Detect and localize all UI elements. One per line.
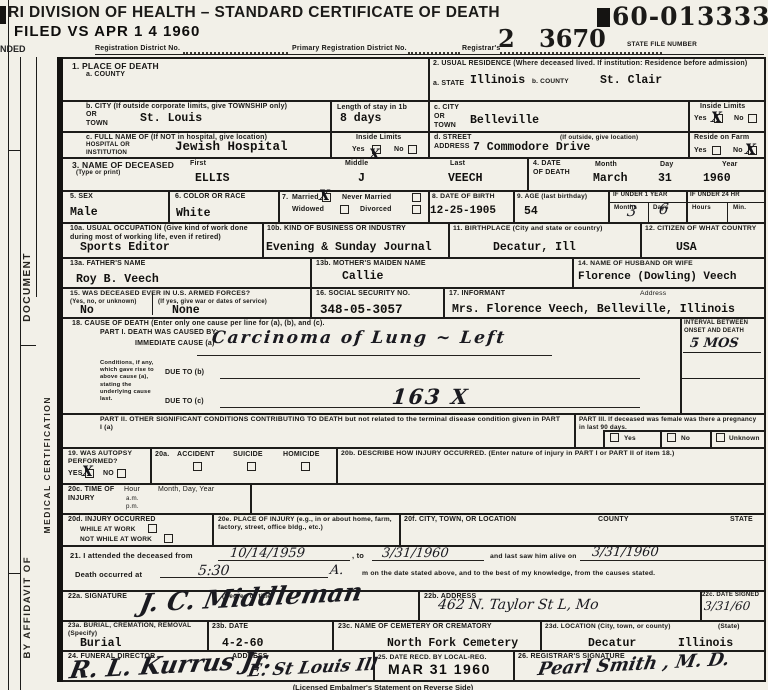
informant-value[interactable]: Mrs. Florence Veech, Belleville, Illinoi… [452, 303, 735, 316]
months-value[interactable]: 3 [626, 202, 637, 220]
cell-rule [680, 378, 766, 379]
page-title: RI DIVISION OF HEALTH – STANDARD CERTIFI… [8, 4, 500, 22]
hospital-value[interactable]: Jewish Hospital [175, 140, 288, 154]
residence-county-label: b. COUNTY [532, 78, 569, 86]
death-time-line [160, 577, 328, 578]
attended-to-label: , to [352, 551, 364, 560]
pregnancy-unknown-label: Unknown [729, 435, 760, 443]
industry-label: 10b. KIND OF BUSINESS OR INDUSTRY [267, 225, 406, 234]
last-name-value[interactable]: VEECH [448, 172, 483, 185]
death-month-value[interactable]: March [593, 172, 628, 185]
death-ampm-value[interactable]: A. [329, 563, 344, 578]
interval-label: INTERVAL BETWEEN ONSET AND DEATH [684, 320, 762, 335]
residence-city-value[interactable]: Belleville [470, 114, 539, 127]
middle-label: Middle [345, 160, 368, 169]
citizen-label: 12. CITIZEN OF WHAT COUNTRY [645, 225, 757, 233]
cell-rule [686, 202, 766, 203]
place-of-injury-label: 20e. PLACE OF INJURY (e.g., in or about … [218, 516, 394, 532]
widowed-label: Widowed [292, 206, 324, 215]
race-label: 6. COLOR OR RACE [175, 193, 245, 202]
fathers-name-label: 13a. FATHER'S NAME [70, 260, 146, 269]
county-label: a. COUNTY [86, 71, 125, 80]
fathers-name-value[interactable]: Roy B. Veech [76, 273, 159, 286]
primary-district-label: Primary Registration District No. [292, 45, 407, 54]
death-year-value[interactable]: 1960 [703, 172, 731, 185]
injury-county-label: COUNTY [598, 516, 629, 525]
margin-rule [8, 0, 9, 690]
cemetery-state-label: (State) [718, 623, 740, 631]
autopsy-label: 19. WAS AUTOPSY PERFORMED? [68, 450, 146, 467]
yes-label: Yes [352, 146, 365, 155]
armed-forces-value[interactable]: No [80, 304, 94, 317]
hour-label: Hour [124, 486, 140, 495]
interval-value[interactable]: 5 MOS [689, 336, 739, 351]
immediate-cause-value[interactable]: Carcinoma of Lung ~ Left [211, 328, 507, 348]
month-day-year-label: Month, Day, Year [158, 486, 214, 495]
burial-label: 23a. BURIAL, CREMATION, REMOVAL (Specify… [68, 622, 192, 638]
due-b-line [220, 378, 640, 379]
residence-state-value[interactable]: Illinois [470, 74, 525, 87]
cemetery-value[interactable]: North Fork Cemetery [387, 637, 518, 650]
pregnancy-no-label: No [681, 435, 690, 443]
under-24-hr-label: IF UNDER 24 HR [690, 192, 740, 200]
not-while-at-work-checkbox[interactable] [164, 534, 173, 543]
no-label: No [733, 147, 743, 156]
first-name-value[interactable]: ELLIS [195, 172, 230, 185]
scan-artifact [0, 6, 6, 24]
causes-stated-label: m on the date stated above, and to the b… [362, 570, 655, 578]
middle-name-value[interactable]: J [358, 172, 365, 185]
mothers-maiden-name-label: 13b. MOTHER'S MAIDEN NAME [316, 260, 426, 269]
part2-label: PART II. OTHER SIGNIFICANT CONDITIONS CO… [100, 416, 562, 433]
time-of-injury-label: 20c. TIME OF INJURY [68, 486, 123, 504]
accident-label: ACCIDENT [177, 451, 215, 460]
state-label: a. STATE [433, 80, 464, 89]
injury-occurred-label: 20d. INJURY OCCURRED [68, 516, 156, 525]
death-inside-limits-no-checkbox[interactable] [408, 145, 417, 154]
attended-to-value[interactable]: 3/31/1960 [381, 546, 449, 561]
armed-forces-label: 15. WAS DECEASED EVER IN U.S. ARMED FORC… [70, 290, 250, 298]
date-of-death-label: 4. DATE OF DEATH [533, 160, 571, 178]
cell-rule [727, 202, 728, 222]
pregnancy-yes-label: Yes [624, 435, 636, 443]
death-day-value[interactable]: 31 [658, 172, 672, 185]
informant-label: 17. INFORMANT [449, 290, 505, 299]
cemetery-state-value[interactable]: Illinois [678, 637, 733, 650]
embalmer-note: (Licensed Embalmer's Statement on Revers… [63, 683, 703, 690]
attended-from-line [218, 560, 350, 561]
or-town-label: OR TOWN [86, 111, 112, 129]
date-of-birth-value[interactable]: 12-25-1905 [430, 205, 496, 217]
date-signed-value[interactable]: 3/31/60 [703, 599, 751, 613]
hours-label: Hours [692, 204, 711, 212]
margin-label-document: DOCUMENT [22, 252, 33, 322]
homicide-checkbox[interactable] [301, 462, 310, 471]
last-seen-alive-value[interactable]: 3/31/1960 [591, 545, 659, 560]
autopsy-no-checkbox[interactable] [117, 469, 126, 478]
marital-number-label: 7. [282, 194, 288, 203]
margin-rule [20, 57, 21, 690]
due-to-c-label: DUE TO (c) [165, 398, 204, 407]
margin-label-by-affidavit: BY AFFIDAVIT OF [22, 556, 33, 659]
burial-date-label: 23b. DATE [212, 623, 248, 632]
accident-checkbox[interactable] [193, 462, 202, 471]
margin-label-medical-certification: MEDICAL CERTIFICATION [42, 396, 52, 533]
due-to-c-value[interactable]: 163 X [391, 384, 471, 409]
x-mark: X [82, 464, 93, 480]
header-rule [95, 54, 764, 55]
farm-yes-checkbox[interactable] [712, 146, 721, 155]
occupation-value[interactable]: Sports Editor [80, 241, 170, 254]
days-value[interactable]: 6 [658, 200, 669, 218]
conditions-note: Conditions, if any, which gave rise to a… [100, 360, 158, 403]
attended-from-value[interactable]: 10/14/1959 [229, 546, 306, 561]
cemetery-label: 23c. NAME OF CEMETERY OR CREMATORY [338, 623, 492, 632]
injury-description-label: 20b. DESCRIBE HOW INJURY OCCURRED. (Ente… [341, 450, 759, 458]
first-label: First [190, 160, 206, 169]
due-to-b-label: DUE TO (b) [165, 369, 204, 378]
min-label: Min. [733, 204, 746, 212]
age-value[interactable]: 54 [524, 205, 538, 218]
autopsy-no-label: NO [103, 470, 114, 479]
residence-county-value[interactable]: St. Clair [600, 74, 662, 87]
yes-label: Yes [694, 115, 707, 124]
inside-limits-label: Inside Limits [700, 103, 745, 112]
cemetery-location-label: 23d. LOCATION (City, town, or county) [545, 623, 671, 631]
informant-address-label: Address [640, 290, 666, 298]
under-1-year-label: IF UNDER 1 YEAR [613, 192, 668, 200]
sex-value[interactable]: Male [70, 206, 98, 219]
residence-city-label: c. CITY OR TOWN [434, 104, 468, 130]
autopsy-yes-label: YES [68, 470, 83, 479]
cause-a-line [197, 355, 552, 356]
x-mark: X [745, 142, 756, 158]
residence-inside-limits-no-checkbox[interactable] [748, 114, 757, 123]
birthplace-value[interactable]: Decatur, Ill [493, 241, 576, 254]
month-label: Month [595, 161, 617, 170]
due-c-line [220, 407, 640, 408]
field-injury-time-blank [250, 483, 766, 513]
date-received-stamp: MAR 31 1960 [388, 661, 491, 677]
age-label: 9. AGE (last birthday) [517, 193, 587, 201]
injury-city-label: 20f. CITY, TOWN, OR LOCATION [404, 516, 516, 525]
margin-rule [36, 57, 37, 297]
x-mark: X [369, 147, 380, 163]
registrar-number: 2 3670 [498, 24, 606, 53]
x-mark: X [319, 188, 330, 204]
husband-or-wife-value[interactable]: Florence (Dowling) Veech [578, 271, 736, 283]
race-value[interactable]: White [176, 207, 211, 220]
year-label: Year [722, 161, 738, 170]
city-label: b. CITY (If outside corporate limits, gi… [86, 103, 287, 112]
widowed-checkbox[interactable] [340, 205, 349, 214]
physician-address-value[interactable]: 462 N. Taylor St L, Mo [437, 597, 599, 613]
registrars-label: Registrar's [462, 45, 501, 54]
birthplace-label: 11. BIRTHPLACE (City and state or countr… [453, 225, 603, 233]
death-certificate-scan: DOCUMENT MEDICAL CERTIFICATION BY AFFIDA… [0, 0, 768, 690]
state-file-number: 60-013333 [612, 2, 768, 31]
last-seen-line [580, 560, 764, 561]
street-address-label: d. STREET ADDRESS [434, 134, 476, 152]
date-of-birth-label: 8. DATE OF BIRTH [432, 193, 495, 201]
inside-limits-label: Inside Limits [356, 134, 401, 143]
pm-label: p.m. [126, 503, 139, 511]
ssn-label: 16. SOCIAL SECURITY NO. [316, 290, 410, 299]
pregnancy-unknown-checkbox[interactable] [716, 433, 725, 442]
citizen-value[interactable]: USA [676, 241, 697, 254]
attended-from-label: 21. I attended the deceased from [70, 551, 193, 560]
pregnancy-no-checkbox[interactable] [667, 433, 676, 442]
state-file-number-label: STATE FILE NUMBER [627, 41, 697, 49]
never-married-label: Never Married [342, 194, 391, 203]
not-while-at-work-label: NOT WHILE AT WORK [80, 536, 152, 544]
last-label: Last [450, 160, 465, 169]
x-mark: X [711, 110, 722, 126]
margin-rule [8, 150, 20, 151]
last-saw-alive-label: and last saw him alive on [490, 553, 577, 561]
part1-label: PART I. DEATH WAS CAUSED BY: [100, 329, 218, 338]
cell-rule [608, 202, 686, 203]
cemetery-city-value[interactable]: Decatur [588, 637, 636, 650]
burial-value[interactable]: Burial [80, 637, 121, 650]
reside-on-farm-label: Reside on Farm [694, 134, 749, 143]
margin-partial-stamp: NDED [0, 44, 26, 54]
am-label: a.m. [126, 495, 139, 503]
never-married-checkbox[interactable] [412, 193, 421, 202]
while-at-work-label: WHILE AT WORK [80, 526, 136, 534]
street-address-value[interactable]: 7 Commodore Drive [473, 141, 590, 154]
divorced-checkbox[interactable] [412, 205, 421, 214]
suicide-label: SUICIDE [233, 451, 263, 460]
margin-rule [20, 345, 36, 346]
margin-rule [8, 573, 20, 574]
length-of-stay-value[interactable]: 8 days [340, 112, 381, 125]
signature-label: 22a. SIGNATURE [68, 593, 127, 602]
armed-forces-service-value[interactable]: None [172, 304, 200, 317]
ssn-value[interactable]: 348-05-3057 [320, 303, 403, 317]
occupation-label: 10a. USUAL OCCUPATION (Give kind of work… [70, 225, 258, 243]
death-occurred-label: Death occurred at [75, 570, 142, 579]
suicide-checkbox[interactable] [247, 462, 256, 471]
yes-label: Yes [694, 147, 707, 156]
sex-label: 5. SEX [70, 193, 93, 202]
immediate-cause-label: IMMEDIATE CAUSE (a) [135, 340, 215, 349]
married-label: Married [292, 194, 319, 203]
divorced-label: Divorced [360, 206, 392, 215]
day-label: Day [660, 161, 673, 170]
attended-to-line [372, 560, 484, 561]
type-or-print-label: (Type or print) [76, 169, 120, 177]
no-label: No [734, 115, 744, 124]
industry-value[interactable]: Evening & Sunday Journal [266, 241, 432, 254]
cell-rule [683, 352, 761, 353]
cell-rule [648, 202, 649, 222]
mothers-maiden-name-value[interactable]: Callie [342, 270, 383, 283]
manner-number-label: 20a. [155, 451, 169, 460]
hospital-label2: HOSPITAL OR INSTITUTION [86, 141, 144, 157]
no-label: No [394, 146, 404, 155]
injury-state-label: STATE [730, 516, 753, 525]
homicide-label: HOMICIDE [283, 451, 320, 460]
pregnancy-yes-checkbox[interactable] [610, 433, 619, 442]
while-at-work-checkbox[interactable] [148, 524, 157, 533]
city-of-death-value[interactable]: St. Louis [140, 112, 202, 125]
registration-district-label: Registration District No. [95, 45, 180, 54]
filed-stamp: FILED VS APR 1 4 1960 [14, 23, 200, 40]
husband-or-wife-label: 14. NAME OF HUSBAND OR WIFE [578, 260, 693, 268]
usual-residence-label: 2. USUAL RESIDENCE (Where deceased lived… [433, 60, 761, 69]
part3-label: PART III. If deceased was female was the… [579, 416, 763, 432]
